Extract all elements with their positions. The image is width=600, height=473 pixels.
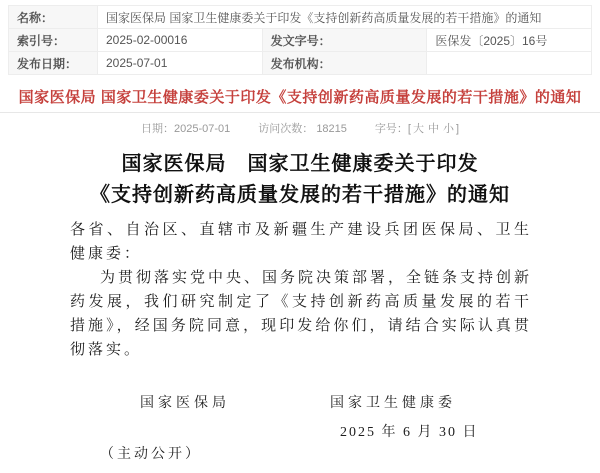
info-docnumber-value: 医保发〔2025〕16号 xyxy=(427,29,592,52)
meta-fontsize-label: 字号： xyxy=(375,123,408,135)
signature-date: 2025 年 6 月 30 日 xyxy=(340,421,479,441)
meta-date-value: 2025-07-01 xyxy=(174,123,230,135)
meta-visits-label: 访问次数： xyxy=(258,123,313,135)
body-paragraph: 为贯彻落实党中央、国务院决策部署，全链条支持创新药发展，我们研究制定了《支持创新… xyxy=(70,266,532,362)
page-headline: 国家医保局 国家卫生健康委关于印发《支持创新药高质量发展的若干措施》的通知 xyxy=(0,86,600,107)
header-divider xyxy=(0,112,600,113)
signature-block: 国家医保局 国家卫生健康委 2025 年 6 月 30 日 xyxy=(0,392,600,447)
salutation-paragraph: 各省、自治区、直辖市及新疆生产建设兵团医保局、卫生健康委： xyxy=(70,218,532,266)
document-body: 各省、自治区、直辖市及新疆生产建设兵团医保局、卫生健康委： 为贯彻落实党中央、国… xyxy=(70,218,532,362)
meta-visits: 访问次数： 18215 xyxy=(258,123,347,135)
signature-left-org: 国家医保局 xyxy=(140,392,230,412)
document-title-line2: 《支持创新药高质量发展的若干措施》的通知 xyxy=(0,180,600,211)
document-title: 国家医保局 国家卫生健康委关于印发 《支持创新药高质量发展的若干措施》的通知 xyxy=(0,149,600,211)
info-puborg-label: 发布机构： xyxy=(262,52,427,75)
fontsize-bracket-close: ] xyxy=(456,123,459,135)
info-row-name: 名称： 国家医保局 国家卫生健康委关于印发《支持创新药高质量发展的若干措施》的通… xyxy=(9,6,592,29)
info-name-label: 名称： xyxy=(9,6,98,29)
meta-date: 日期：2025-07-01 xyxy=(141,123,230,135)
disclosure-note: （主动公开） xyxy=(100,443,202,463)
meta-fontsize: 字号：[大中小] xyxy=(375,123,459,135)
fontsize-bracket-open: [ xyxy=(408,123,411,135)
fontsize-large-button[interactable]: 大 xyxy=(413,123,424,135)
info-index-value: 2025-02-00016 xyxy=(98,29,263,52)
meta-date-label: 日期： xyxy=(141,123,174,135)
meta-visits-value: 18215 xyxy=(316,123,347,135)
document-info-table: 名称： 国家医保局 国家卫生健康委关于印发《支持创新药高质量发展的若干措施》的通… xyxy=(8,5,592,75)
info-pubdate-label: 发布日期： xyxy=(9,52,98,75)
fontsize-small-button[interactable]: 小 xyxy=(443,123,454,135)
signature-right-org: 国家卫生健康委 xyxy=(330,392,456,412)
article-meta-row: 日期：2025-07-01访问次数： 18215字号：[大中小] xyxy=(0,120,600,136)
info-row-pubdate: 发布日期： 2025-07-01 发布机构： xyxy=(9,52,592,75)
info-docnumber-label: 发文字号： xyxy=(262,29,427,52)
fontsize-medium-button[interactable]: 中 xyxy=(428,123,439,135)
info-name-value: 国家医保局 国家卫生健康委关于印发《支持创新药高质量发展的若干措施》的通知 xyxy=(98,6,592,29)
info-pubdate-value: 2025-07-01 xyxy=(98,52,263,75)
info-index-label: 索引号： xyxy=(9,29,98,52)
info-row-index: 索引号： 2025-02-00016 发文字号： 医保发〔2025〕16号 xyxy=(9,29,592,52)
info-puborg-value xyxy=(427,52,592,75)
document-title-line1: 国家医保局 国家卫生健康委关于印发 xyxy=(0,149,600,180)
